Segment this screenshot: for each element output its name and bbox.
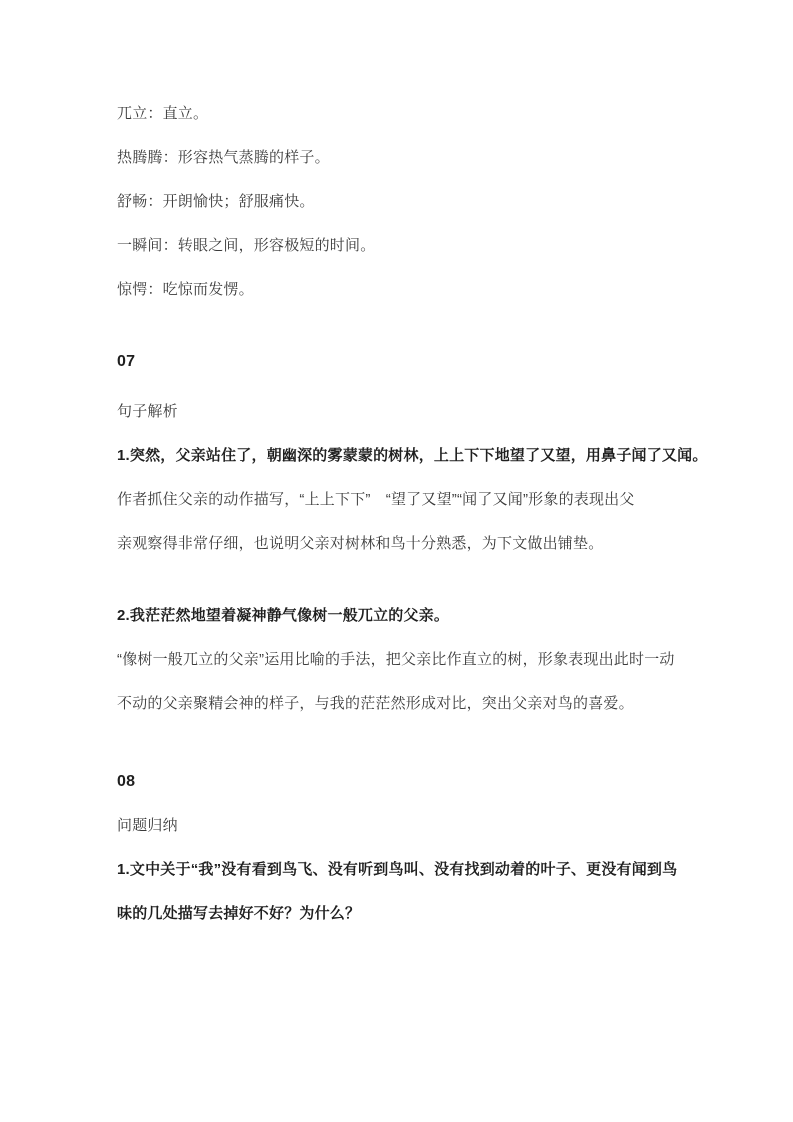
section-07-title: 句子解析 [117,390,693,434]
section-07-sentence-1: 1.突然，父亲站住了，朝幽深的雾蒙蒙的树林，上上下下地望了又望，用鼻子闻了又闻。 [117,434,693,478]
sentence-1-analysis-line-2: 亲观察得非常仔细，也说明父亲对树林和鸟十分熟悉，为下文做出铺垫。 [117,522,693,566]
vocab-definition-shuchang: 舒畅：开朗愉快；舒服痛快。 [117,180,693,224]
question-1-line-2: 味的几处描写去掉好不好？为什么？ [117,892,693,936]
section-07-number: 07 [117,340,693,384]
sentence-2-analysis-line-1: “像树一般兀立的父亲”运用比喻的手法，把父亲比作直立的树，形象表现出此时一动 [117,638,693,682]
sentence-2-analysis-line-2: 不动的父亲聚精会神的样子，与我的茫茫然形成对比，突出父亲对鸟的喜爱。 [117,682,693,726]
document-page: 兀立：直立。 热腾腾：形容热气蒸腾的样子。 舒畅：开朗愉快；舒服痛快。 一瞬间：… [0,0,793,1122]
section-08-number: 08 [117,760,693,804]
vocab-definition-wuli: 兀立：直立。 [117,92,693,136]
section-08-title: 问题归纳 [117,804,693,848]
vocab-definition-yishunjian: 一瞬间：转眼之间，形容极短的时间。 [117,224,693,268]
sentence-1-analysis-line-1: 作者抓住父亲的动作描写，“上上下下” “望了又望”“闻了又闻”形象的表现出父 [117,478,693,522]
question-1-line-1: 1.文中关于“我”没有看到鸟飞、没有听到鸟叫、没有找到动着的叶子、更没有闻到鸟 [117,848,693,892]
vocab-definition-jinge: 惊愕：吃惊而发愣。 [117,268,693,312]
vocab-definition-retengteng: 热腾腾：形容热气蒸腾的样子。 [117,136,693,180]
section-07-sentence-2: 2.我茫茫然地望着凝神静气像树一般兀立的父亲。 [117,594,693,638]
